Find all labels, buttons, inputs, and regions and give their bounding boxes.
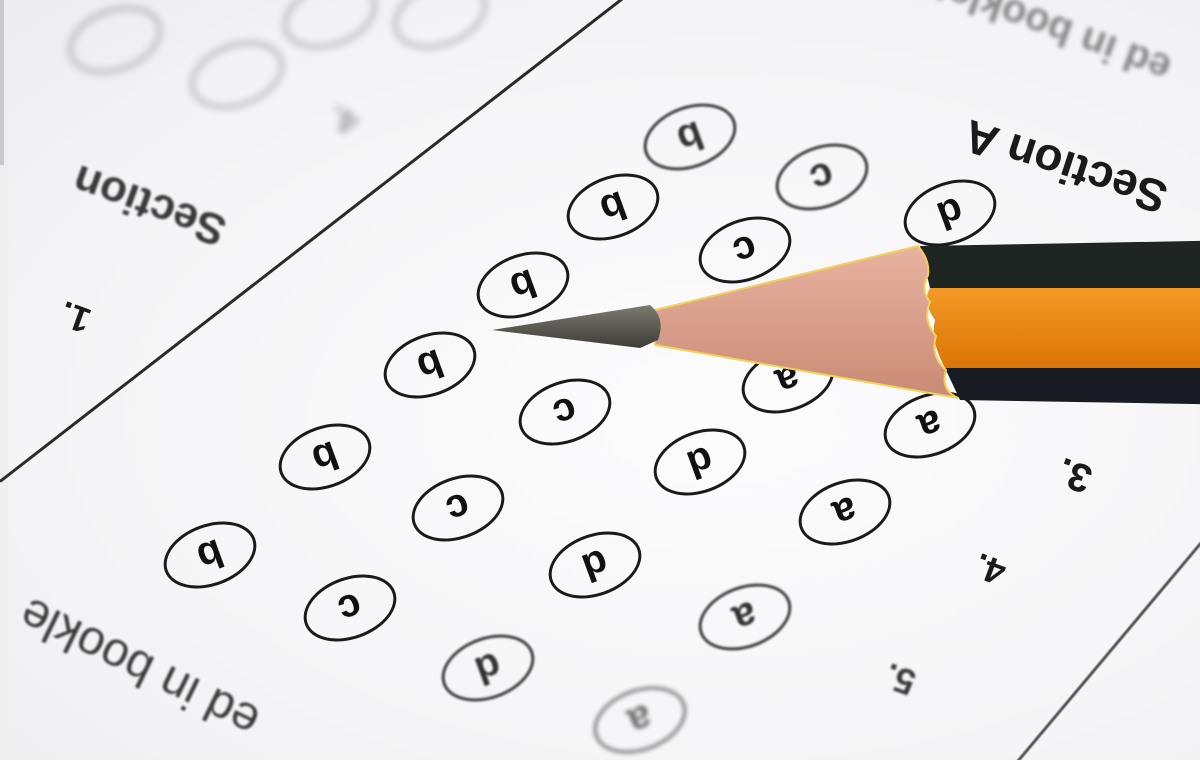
bubble-letter: a — [828, 489, 863, 534]
bubble-letter: c — [333, 585, 368, 630]
bubble-letter: d — [577, 542, 614, 588]
pencil-lead — [492, 305, 661, 348]
pencil-stripe-top — [920, 240, 1200, 288]
answer-bubble-d: d — [644, 416, 755, 507]
bubble-letter: d — [932, 190, 969, 236]
bubble-letter: c — [441, 485, 476, 530]
answer-bubble-a: a — [584, 674, 695, 760]
answer-sheet-photo: Section Section A ed in booklet ed in bo… — [0, 0, 1200, 760]
answer-bubble-a: a — [689, 571, 800, 662]
section-label-left: Section — [66, 154, 232, 255]
answer-bubble-d: d — [432, 622, 543, 713]
answer-bubble-c: c — [766, 131, 877, 222]
answer-bubble-blank — [59, 0, 170, 86]
answer-bubble-c: c — [294, 562, 405, 653]
bubble-letter: b — [192, 532, 229, 578]
bubble-letter: a — [623, 697, 658, 742]
bubble-letter: b — [412, 342, 449, 388]
question-number-4: 4. — [969, 544, 1012, 594]
image-left-border-shade — [0, 0, 4, 165]
pencil — [490, 240, 1200, 410]
instruction-text-bottom: ed in bookle — [11, 586, 268, 749]
answer-bubble-b: b — [634, 91, 745, 182]
answer-bubble-a: a — [789, 466, 900, 557]
pencil-body — [927, 288, 1200, 368]
pencil-wood — [655, 246, 958, 398]
bubble-letter: b — [672, 114, 709, 160]
question-number-5: 5. — [879, 654, 922, 704]
answer-bubble-c: c — [402, 462, 513, 553]
answer-bubble-blank — [384, 0, 495, 61]
bubble-letter: b — [595, 184, 632, 230]
answer-bubble-b: b — [374, 319, 485, 410]
answer-bubble-d: d — [539, 519, 650, 610]
divider-line-right — [999, 536, 1200, 760]
answer-bubble-b: b — [557, 161, 668, 252]
answer-bubble-b: b — [269, 411, 380, 502]
bubble-letter: c — [805, 154, 840, 199]
question-number-4-top: 4. — [324, 96, 364, 142]
bubble-letter: d — [682, 439, 719, 485]
bubble-letter: d — [470, 645, 507, 691]
answer-bubble-blank — [274, 0, 385, 61]
question-number-1: 1. — [54, 292, 97, 342]
pencil-stripe-bottom — [945, 368, 1200, 405]
answer-bubble-b: b — [154, 509, 265, 600]
question-number-3: 3. — [1051, 448, 1098, 502]
bottom-margin — [0, 760, 1200, 781]
instruction-text-top: ed in booklet — [930, 0, 1177, 91]
answer-bubble-blank — [181, 29, 292, 120]
bubble-letter: a — [728, 594, 763, 639]
bubble-letter: b — [307, 434, 344, 480]
